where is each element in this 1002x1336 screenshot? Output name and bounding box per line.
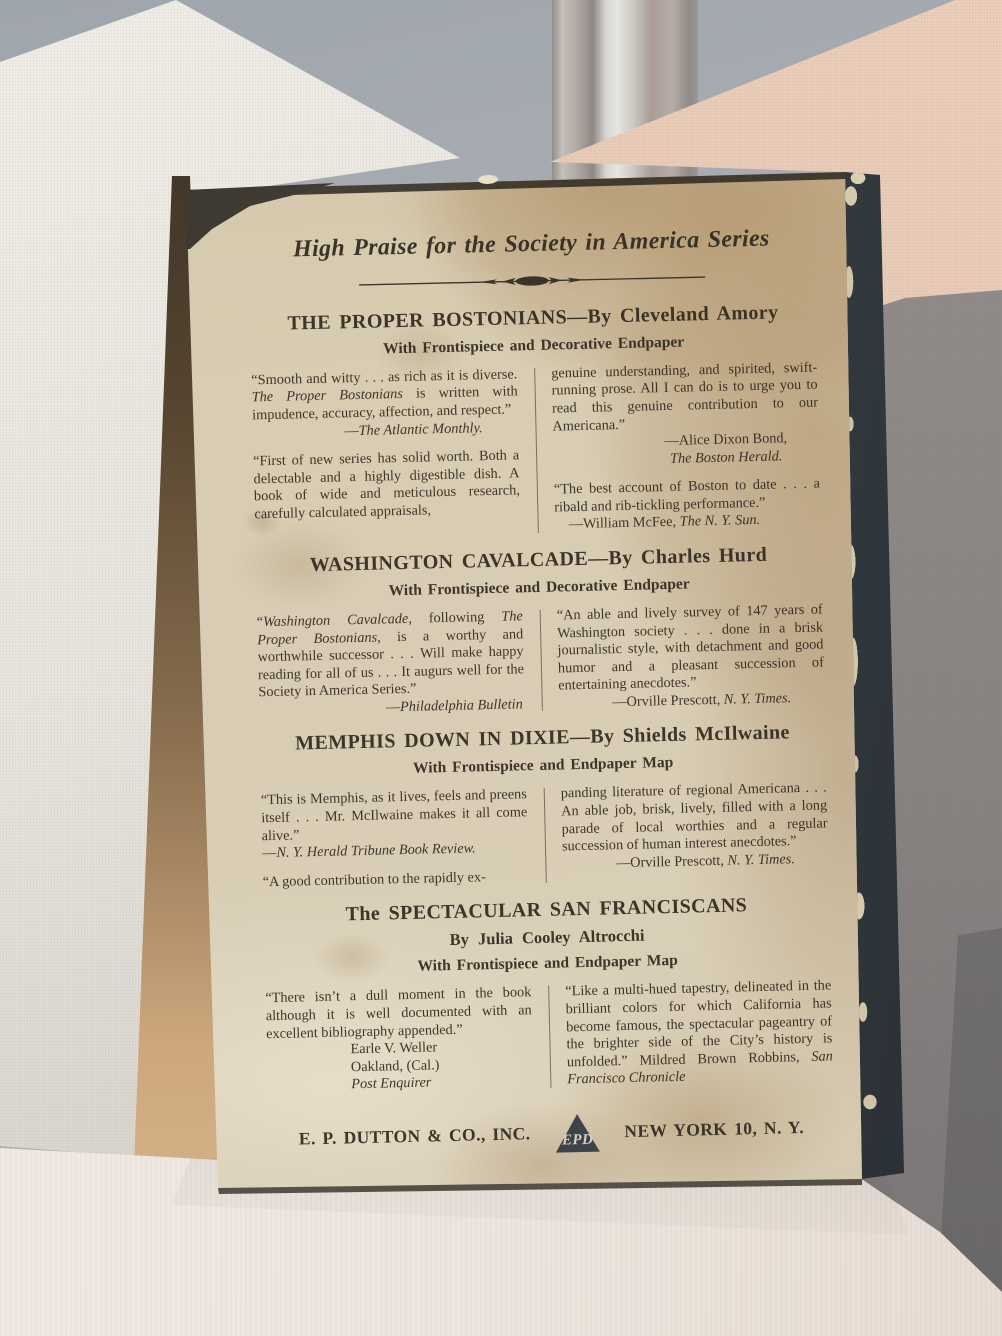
review-column-left: “Smooth and witty . . . as rich as it is… xyxy=(251,366,521,541)
review-column-right: “An able and lively survey of 147 years … xyxy=(557,601,825,712)
publisher-city: NEW YORK 10, N. Y. xyxy=(624,1117,804,1142)
review-columns: “This is Memphis, as it lives, feels and… xyxy=(261,780,829,892)
review-column-left: “Washington Cavalcade, following The Pro… xyxy=(257,608,525,719)
column-divider-rule xyxy=(534,368,539,533)
review-column-left: “There isn’t a dull moment in the book a… xyxy=(265,985,533,1096)
column-divider-rule xyxy=(548,986,551,1087)
section-subtitle: With Frontispiece and Endpaper Map xyxy=(265,949,831,980)
publisher-logo-icon: EPD xyxy=(554,1112,601,1153)
review-quote: “Like a multi-hued tapestry, delineated … xyxy=(565,978,833,1089)
review-columns: “There isn’t a dull moment in the book a… xyxy=(265,978,833,1096)
section-subtitle: With Frontispiece and Decorative Endpape… xyxy=(256,572,822,603)
review-quote: panding literature of regional Americana… xyxy=(561,780,829,856)
column-divider-rule xyxy=(540,610,543,711)
section-byline: By Julia Cooley Altrocchi xyxy=(264,922,830,955)
book: High Praise for the Society in America S… xyxy=(0,0,1002,1336)
review-quote: genuine understanding, and spirited, swi… xyxy=(551,359,819,435)
divider-ornament-icon xyxy=(357,269,707,293)
logo-monogram: EPD xyxy=(561,1132,594,1149)
review-column-right: panding literature of regional Americana… xyxy=(561,780,829,885)
review-quote: “Smooth and witty . . . as rich as it is… xyxy=(251,366,518,425)
section-subtitle: With Frontispiece and Endpaper Map xyxy=(260,751,826,782)
section-proper-bostonians: THE PROPER BOSTONIANS—By Cleveland Amory… xyxy=(250,300,821,541)
review-quote: “A good contribution to the rapidly ex- xyxy=(263,868,529,892)
section-title: WASHINGTON CAVALCADE—By Charles Hurd xyxy=(255,542,821,578)
review-columns: “Smooth and witty . . . as rich as it is… xyxy=(251,359,821,541)
review-column-right: genuine understanding, and spirited, swi… xyxy=(551,359,821,534)
photo-scene: High Praise for the Society in America S… xyxy=(0,0,1002,1336)
review-column-right: “Like a multi-hued tapestry, delineated … xyxy=(565,978,833,1089)
review-quote: “An able and lively survey of 147 years … xyxy=(557,601,825,695)
review-quote: “There isn’t a dull moment in the book a… xyxy=(265,985,532,1044)
section-washington-cavalcade: WASHINGTON CAVALCADE—By Charles Hurd Wit… xyxy=(255,542,825,719)
publisher-name: E. P. DUTTON & CO., INC. xyxy=(299,1124,531,1150)
review-columns: “Washington Cavalcade, following The Pro… xyxy=(257,601,825,719)
review-quote: “Washington Cavalcade, following The Pro… xyxy=(257,608,525,702)
section-memphis-down-in-dixie: MEMPHIS DOWN IN DIXIE—By Shields McIlwai… xyxy=(259,721,828,892)
review-quote: “This is Memphis, as it lives, feels and… xyxy=(261,787,528,846)
review-column-left: “This is Memphis, as it lives, feels and… xyxy=(261,787,529,892)
section-spectacular-san-franciscans: The SPECTACULAR SAN FRANCISCANS By Julia… xyxy=(263,893,833,1096)
jacket-text: High Praise for the Society in America S… xyxy=(248,224,835,1160)
review-quote: “First of new series has solid worth. Bo… xyxy=(253,447,521,523)
review-quote: “The best account of Boston to date . . … xyxy=(554,476,821,517)
section-subtitle: With Frontispiece and Decorative Endpape… xyxy=(250,330,816,361)
column-divider-rule xyxy=(544,788,547,883)
section-title: MEMPHIS DOWN IN DIXIE—By Shields McIlwai… xyxy=(259,721,825,757)
section-title: THE PROPER BOSTONIANS—By Cleveland Amory xyxy=(250,300,816,336)
